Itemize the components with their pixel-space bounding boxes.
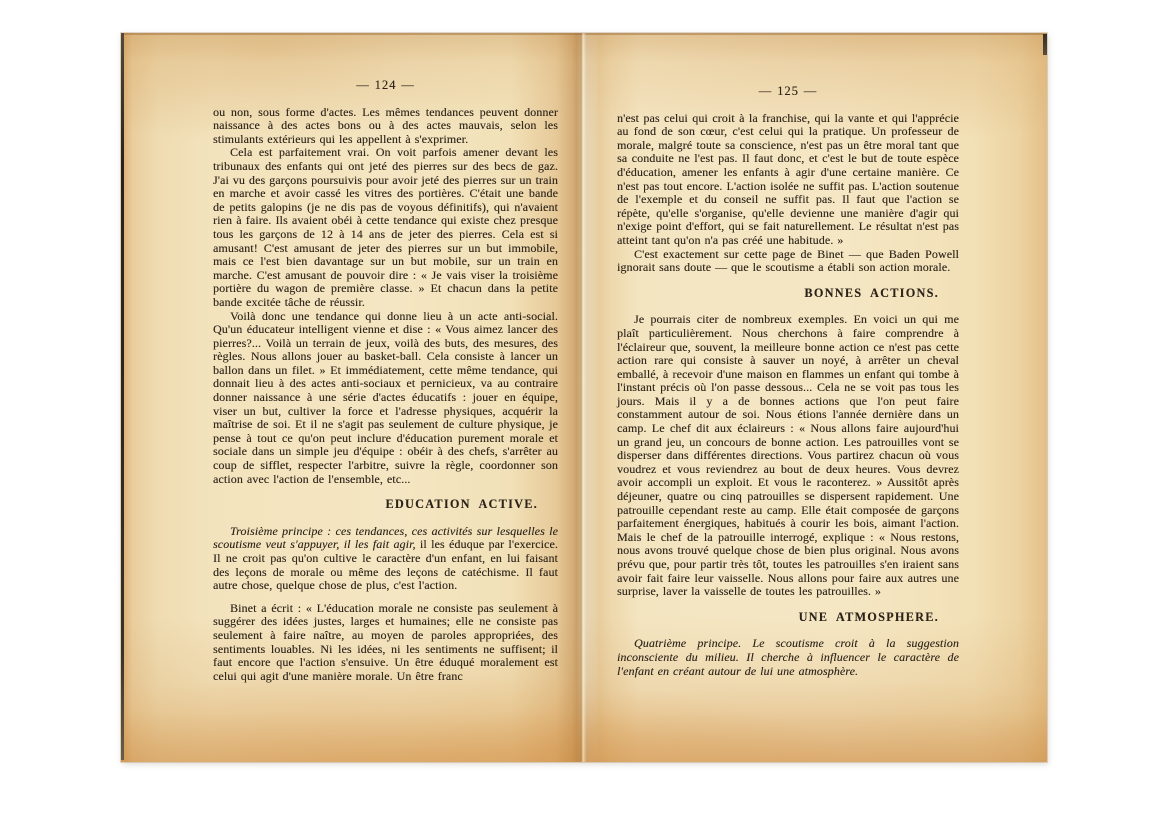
paragraph-quatrieme-principe: Quatrième principe. Le scoutisme croit à… <box>617 637 959 678</box>
book-gutter-shadow <box>555 33 611 762</box>
page-number-left: — 124 — <box>213 79 558 93</box>
paragraph-tendances: ou non, sous forme d'actes. Les mêmes te… <box>213 106 558 147</box>
section-heading-education-active: EDUCATION ACTIVE. <box>213 498 538 512</box>
paragraph-exemples-camp: Je pourrais citer de nombreux exemples. … <box>617 313 959 598</box>
paragraph-binet: Binet a écrit : « L'éducation morale ne … <box>213 602 558 684</box>
corner-mark <box>1043 34 1047 55</box>
paragraph-educateur: Voilà donc une tendance qui donne lieu à… <box>213 310 558 487</box>
paragraph-franchise: n'est pas celui qui croit à la franchise… <box>617 112 959 248</box>
book-left-edge <box>121 33 124 760</box>
right-page-text: — 125 — n'est pas celui qui croit à la f… <box>617 85 959 678</box>
paragraph-troisieme-principe: Troisième principe : ces tendances, ces … <box>213 525 558 593</box>
left-page-text: — 124 — ou non, sous forme d'actes. Les … <box>213 79 558 683</box>
book-spread: — 124 — ou non, sous forme d'actes. Les … <box>121 33 1047 762</box>
paragraph-tribunaux: Cela est parfaitement vrai. On voit parf… <box>213 146 558 309</box>
section-heading-bonnes-actions: BONNES ACTIONS. <box>617 287 939 301</box>
section-heading-une-atmosphere: UNE ATMOSPHERE. <box>617 611 939 625</box>
paragraph-binet-baden-powell: C'est exactement sur cette page de Binet… <box>617 248 959 275</box>
page-number-right: — 125 — <box>617 85 959 99</box>
scan-background: — 124 — ou non, sous forme d'actes. Les … <box>0 0 1170 827</box>
